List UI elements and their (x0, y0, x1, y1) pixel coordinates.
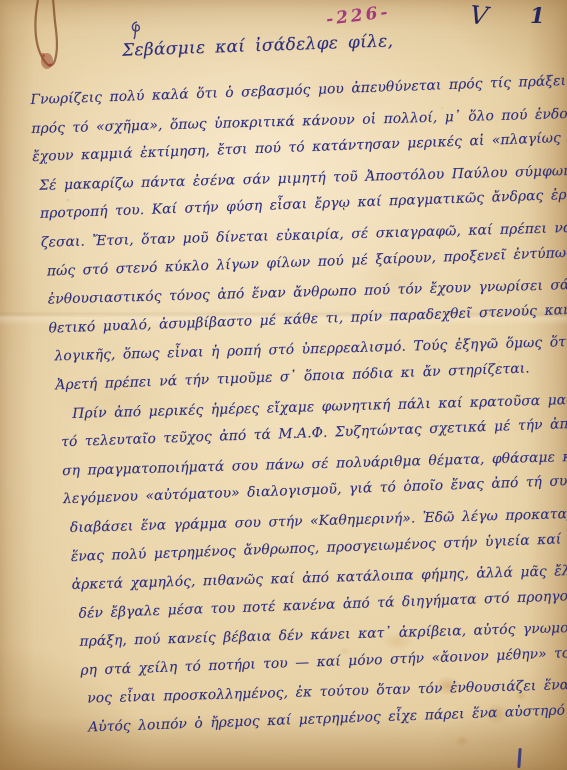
page-number: 1 (530, 3, 545, 28)
ink-tick-mark (517, 748, 521, 768)
scanned-letter-page: -226- V 1 Σεβάσμιε καί ἰσάδελφε φίλε, Γν… (0, 0, 567, 770)
archive-number: -226- (325, 2, 392, 30)
letter-body: Γνωρίζεις πολύ καλά ὅτι ὁ σεβασμός μου ἀ… (30, 69, 567, 743)
ink-flourish (128, 20, 144, 40)
paperclip-rust-stain (26, 0, 82, 80)
salutation: Σεβάσμιε καί ἰσάδελφε φίλε, (122, 31, 394, 60)
check-mark: V (469, 0, 490, 31)
